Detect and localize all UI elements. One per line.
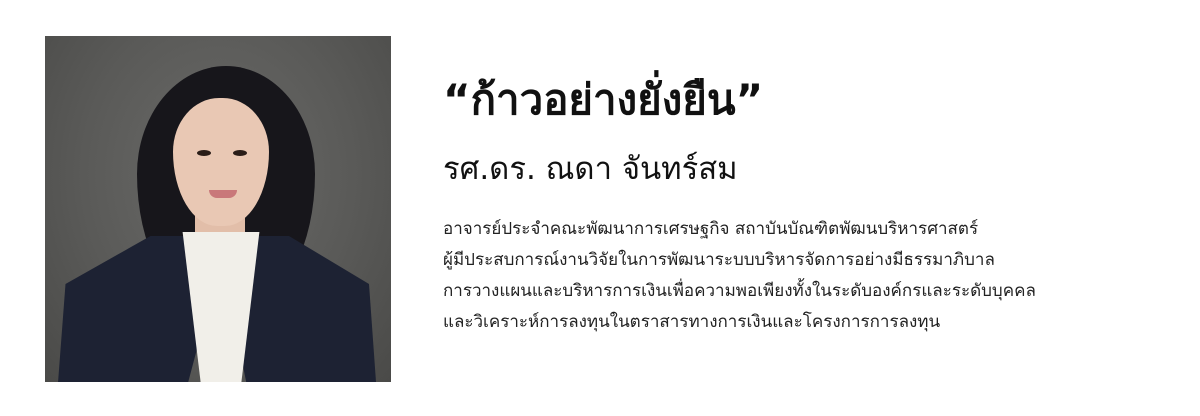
bio-line: ผู้มีประสบการณ์งานวิจัยในการพัฒนาระบบบริ… (443, 245, 1036, 276)
quote-heading: “ก้าวอย่างยั่งยืน” (443, 74, 763, 126)
profile-photo (45, 36, 391, 382)
bio-line: อาจารย์ประจำคณะพัฒนาการเศรษฐกิจ สถาบันบั… (443, 214, 1036, 245)
person-name: รศ.ดร. ณดา จันทร์สม (443, 148, 738, 190)
bio-line: การวางแผนและบริหารการเงินเพื่อความพอเพีย… (443, 276, 1036, 307)
bio-line: และวิเคราะห์การลงทุนในตราสารทางการเงินแล… (443, 307, 1036, 338)
bio-list: อาจารย์ประจำคณะพัฒนาการเศรษฐกิจ สถาบันบั… (443, 214, 1036, 338)
photo-mouth (209, 190, 237, 198)
photo-eye-right (233, 150, 247, 156)
photo-eye-left (197, 150, 211, 156)
